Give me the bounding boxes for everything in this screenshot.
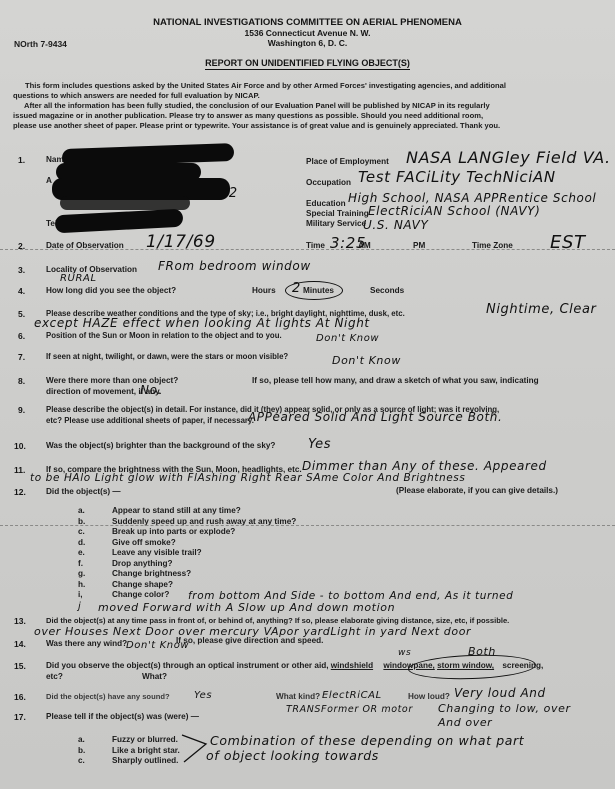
training-label: Special Training bbox=[306, 209, 369, 219]
q13-number: 13. bbox=[14, 616, 26, 626]
subquestion-text: Change color? bbox=[112, 590, 169, 600]
subquestion-letter: a. bbox=[78, 506, 85, 516]
sound-label: Did the object(s) have any sound? bbox=[46, 692, 170, 702]
describe-label-2: etc? Please use additional sheets of pap… bbox=[46, 416, 254, 426]
q8-number: 8. bbox=[18, 376, 25, 386]
address-label: A bbox=[46, 176, 52, 186]
org-city: Washington 6, D. C. bbox=[0, 38, 615, 48]
seconds-label: Seconds bbox=[370, 286, 404, 296]
appearance-label: Please tell if the object(s) was (were) … bbox=[46, 712, 199, 722]
military-label: Military Service bbox=[306, 219, 366, 229]
q4-number: 4. bbox=[18, 286, 25, 296]
brighter-label: Was the object(s) brighter than the back… bbox=[46, 441, 275, 451]
subquestion-text: Like a bright star. bbox=[112, 746, 180, 756]
intro-line-5: please use another sheet of paper. Pleas… bbox=[13, 121, 500, 131]
windshield-option: windshield bbox=[331, 661, 373, 670]
subquestion-text: Leave any visible trail? bbox=[112, 548, 202, 558]
timezone-answer: EST bbox=[550, 232, 586, 253]
am-label: AM bbox=[358, 241, 371, 251]
date-label: Date of Observation bbox=[46, 241, 124, 251]
date-answer: 1/17/69 bbox=[146, 232, 216, 252]
q17-number: 17. bbox=[14, 712, 26, 722]
appearance-answer-1: Combination of these depending on what p… bbox=[210, 733, 524, 748]
optical-label-2: etc? bbox=[46, 672, 63, 682]
compare-answer-1: Dimmer than Any of these. Appeared bbox=[302, 459, 547, 473]
loudness-answer-1: Very loud And bbox=[454, 686, 546, 700]
time-label: Time bbox=[306, 241, 325, 251]
org-name: NATIONAL INVESTIGATIONS COMMITTEE ON AER… bbox=[0, 17, 615, 28]
subquestion-letter: f. bbox=[78, 559, 83, 569]
subquestion-text: Sharply outlined. bbox=[112, 756, 178, 766]
wind-label: Was there any wind? bbox=[46, 639, 127, 649]
subquestion-letter: e. bbox=[78, 548, 85, 558]
employment-answer: NASA LANGley Field VA. bbox=[406, 148, 611, 167]
sound-kind-1: ElectRiCAL bbox=[322, 690, 382, 701]
pm-label: PM bbox=[413, 241, 425, 251]
minutes-value: 2 bbox=[292, 281, 301, 296]
nicap-report-form: NATIONAL INVESTIGATIONS COMMITTEE ON AER… bbox=[0, 0, 615, 789]
subquestion-text: Give off smoke? bbox=[112, 538, 176, 548]
q7-number: 7. bbox=[18, 352, 25, 362]
q3-number: 3. bbox=[18, 265, 25, 275]
locality-answer-1: FRom bedroom window bbox=[158, 259, 311, 273]
wind-label-2: If so, please give direction and speed. bbox=[176, 636, 323, 646]
intro-line-3: After all the information has been fully… bbox=[24, 101, 490, 111]
compare-answer-2: to be HAlo Light glow with FlAshing Righ… bbox=[30, 472, 465, 484]
sun-moon-label: Position of the Sun or Moon in relation … bbox=[46, 331, 282, 341]
redaction-bar bbox=[55, 209, 184, 234]
education-label: Education bbox=[306, 199, 346, 209]
subquestion-letter: i, bbox=[78, 590, 83, 600]
education-answer: High School, NASA APPRentice School bbox=[348, 191, 596, 205]
elaborate-note: (Please elaborate, if you can give detai… bbox=[396, 486, 558, 496]
describe-answer: APPeared Solid And Light Source Both. bbox=[248, 410, 502, 424]
military-answer: U.S. NAVY bbox=[363, 218, 428, 232]
q10-number: 10. bbox=[14, 441, 26, 451]
intro-line-2: questions to which answers are needed fo… bbox=[13, 91, 260, 101]
weather-answer-1: Nightime, Clear bbox=[486, 302, 596, 317]
subquestion-text: Break up into parts or explode? bbox=[112, 527, 235, 537]
subquestion-text: Fuzzy or blurred. bbox=[112, 735, 178, 745]
stars-answer: Don't Know bbox=[332, 354, 401, 367]
what-label: What? bbox=[142, 672, 167, 682]
how-loud-label: How loud? bbox=[408, 692, 450, 702]
more-objects-label-2: If so, please tell how many, and draw a … bbox=[252, 376, 539, 386]
sun-moon-answer: Don't Know bbox=[316, 333, 379, 344]
weather-answer-2: except HAZE effect when looking At light… bbox=[34, 316, 370, 330]
subquestion-letter: h. bbox=[78, 580, 85, 590]
subquestion-text: Change shape? bbox=[112, 580, 173, 590]
did-object-label: Did the object(s) — bbox=[46, 487, 121, 497]
subquestion-letter: a. bbox=[78, 735, 85, 745]
subquestion-letter: d. bbox=[78, 538, 85, 548]
subquestion-letter: c. bbox=[78, 527, 85, 537]
minutes-label: Minutes bbox=[303, 286, 334, 296]
q15-number: 15. bbox=[14, 661, 26, 671]
form-title: REPORT ON UNIDENTIFIED FLYING OBJECT(S) bbox=[205, 58, 410, 70]
subquestion-letter: b. bbox=[78, 746, 85, 756]
subquestion-letter: c. bbox=[78, 756, 85, 766]
redaction-bar bbox=[60, 196, 190, 210]
hours-label: Hours bbox=[252, 286, 276, 296]
subquestion-text: Change brightness? bbox=[112, 569, 191, 579]
q5-number: 5. bbox=[18, 309, 25, 319]
duration-label: How long did you see the object? bbox=[46, 286, 176, 296]
brighter-answer: Yes bbox=[308, 437, 331, 452]
q6-number: 6. bbox=[18, 331, 25, 341]
occupation-answer: Test FACiLity TechNiciAN bbox=[358, 168, 556, 186]
loudness-answer-3: And over bbox=[438, 716, 492, 729]
org-street: 1536 Connecticut Avenue N. W. bbox=[0, 28, 615, 38]
optical-answer: Both bbox=[468, 645, 496, 658]
q16-number: 16. bbox=[14, 692, 26, 702]
q11-number: 11. bbox=[14, 465, 25, 475]
more-objects-answer: No. bbox=[140, 383, 162, 397]
fold-line bbox=[0, 525, 615, 526]
subquestion-letter: g. bbox=[78, 569, 85, 579]
subquestion-text: Drop anything? bbox=[112, 559, 173, 569]
sound-answer: Yes bbox=[194, 690, 212, 701]
intro-line-1: This form includes questions asked by th… bbox=[25, 81, 506, 91]
item-j-letter: j bbox=[78, 601, 81, 612]
appearance-answer-2: of object looking towards bbox=[206, 748, 379, 763]
sound-kind-2: TRANSFormer OR motor bbox=[286, 704, 413, 715]
timezone-label: Time Zone bbox=[472, 241, 513, 251]
loudness-answer-2: Changing to low, over bbox=[438, 702, 571, 715]
org-phone: NOrth 7-9434 bbox=[14, 39, 67, 49]
subquestion-text: Appear to stand still at any time? bbox=[112, 506, 241, 516]
stars-label: If seen at night, twilight, or dawn, wer… bbox=[46, 352, 288, 362]
what-kind-label: What kind? bbox=[276, 692, 320, 702]
q9-number: 9. bbox=[18, 405, 25, 415]
employment-label: Place of Employment bbox=[306, 157, 389, 167]
q2-number: 2. bbox=[18, 241, 25, 251]
q12-number: 12. bbox=[14, 487, 26, 497]
optical-label-text: Did you observe the object(s) through an… bbox=[46, 661, 329, 670]
movement-answer: moved Forward with A Slow up And down mo… bbox=[98, 601, 395, 614]
q1-number: 1. bbox=[18, 155, 25, 165]
scribble-mark: ws bbox=[398, 648, 411, 658]
q14-number: 14. bbox=[14, 639, 26, 649]
training-answer: ElectRiciAN School (NAVY) bbox=[368, 204, 540, 218]
locality-answer-2: RURAL bbox=[60, 273, 97, 284]
occupation-label: Occupation bbox=[306, 178, 351, 188]
intro-line-4: issued magazine or in another publicatio… bbox=[13, 111, 483, 121]
